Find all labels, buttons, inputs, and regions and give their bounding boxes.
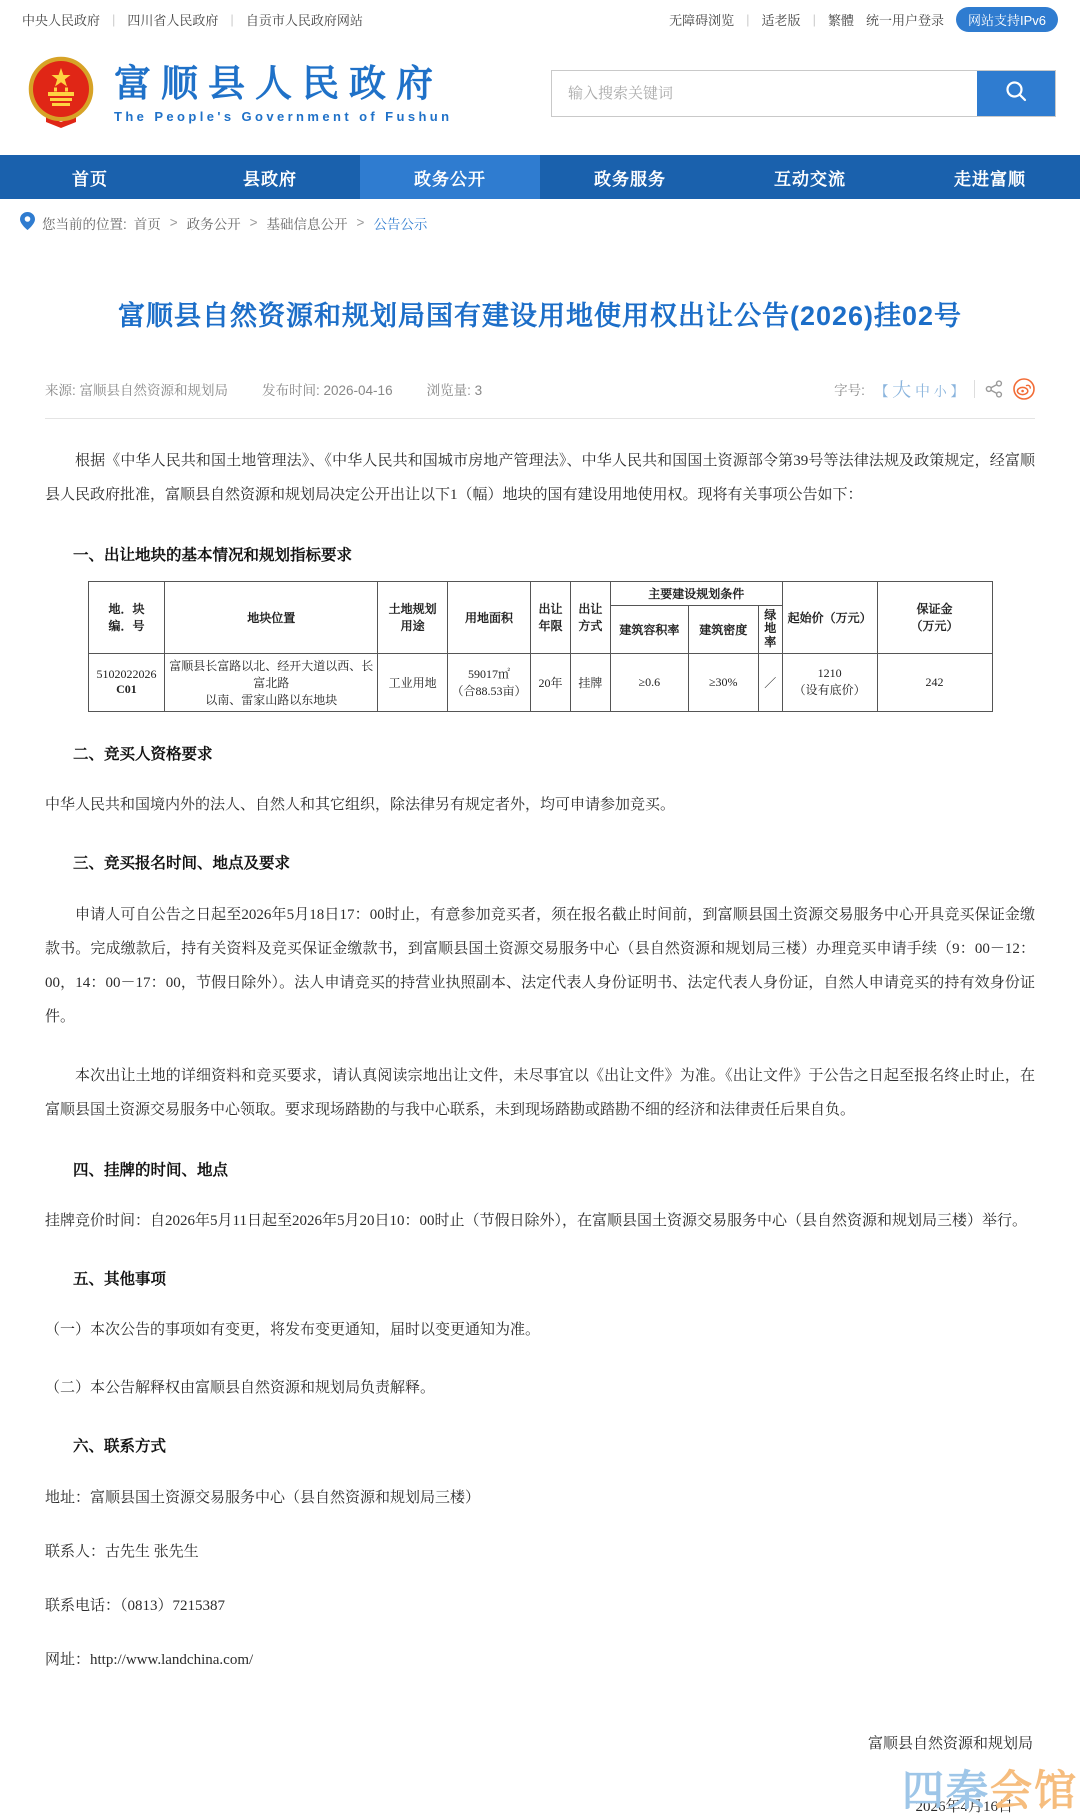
cell-green-ratio: ／: [758, 653, 782, 711]
site-header: 富顺县人民政府 The People's Government of Fushu…: [0, 38, 1080, 155]
site-logo[interactable]: 富顺县人民政府 The People's Government of Fushu…: [24, 54, 452, 133]
cell-plot-location: 富顺县长富路以北、经开大道以西、长富北路以南、雷家山路以东地块: [165, 653, 378, 711]
contact-person: 联系人：古先生 张先生: [45, 1540, 1035, 1564]
cell-land-use: 工业用地: [378, 653, 448, 711]
breadcrumb-separator: >: [250, 215, 258, 230]
breadcrumb-disclosure[interactable]: 政务公开: [187, 213, 241, 233]
link-central-government[interactable]: 中央人民政府: [22, 10, 100, 29]
breadcrumb-separator: >: [170, 215, 178, 230]
breadcrumb-separator: >: [357, 215, 365, 230]
th-deposit: 保证金（万元）: [877, 581, 992, 653]
cell-transfer-method: 挂牌: [570, 653, 610, 711]
location-pin-icon: [20, 212, 35, 233]
section4-paragraph: 挂牌竞价时间：自2026年5月11日起至2026年5月20日10：00时止（节假…: [45, 1206, 1035, 1238]
meta-view-count: 浏览量: 3: [427, 379, 483, 399]
topbar-left-links: 中央人民政府 | 四川省人民政府 | 自贡市人民政府网站: [22, 10, 363, 29]
intro-paragraph: 根据《中华人民共和国土地管理法》、《中华人民共和国城市房地产管理法》、中华人民共…: [45, 445, 1035, 513]
article-meta: 来源: 富顺县自然资源和规划局 发布时间: 2026-04-16 浏览量: 3 …: [45, 375, 1035, 419]
font-size-large-button[interactable]: 大: [892, 380, 911, 401]
link-accessibility[interactable]: 无障碍浏览: [669, 10, 734, 29]
signature-agency: 富顺县自然资源和规划局: [45, 1732, 1033, 1753]
nav-about-fushun[interactable]: 走进富顺: [900, 155, 1080, 199]
topbar-right-links: 无障碍浏览 | 适老版 | 繁體 统一用户登录 网站支持IPv6: [669, 7, 1058, 32]
link-sichuan-government[interactable]: 四川省人民政府: [127, 10, 218, 29]
search-icon: [1003, 79, 1029, 108]
font-size-small-button[interactable]: 小: [934, 384, 947, 399]
cell-land-area: 59017㎡（合88.53亩）: [448, 653, 531, 711]
divider: |: [230, 12, 233, 27]
section2-paragraph: 中华人民共和国境内外的法人、自然人和其它组织，除法律另有规定者外，均可申请参加竞…: [45, 790, 1035, 822]
th-transfer-method: 出让方式: [570, 581, 610, 653]
signature-block: 富顺县自然资源和规划局 2026年4月16日: [45, 1732, 1035, 1816]
cell-building-density: ≥30%: [688, 653, 758, 711]
top-utility-bar: 中央人民政府 | 四川省人民政府 | 自贡市人民政府网站 无障碍浏览 | 适老版…: [0, 0, 1080, 38]
section5-heading: 五、其他事项: [73, 1267, 1035, 1289]
th-plot-number: 地．块编．号: [88, 581, 165, 653]
meta-publish-date: 发布时间: 2026-04-16: [262, 379, 393, 399]
section1-heading: 一、出让地块的基本情况和规划指标要求: [73, 543, 1035, 565]
th-starting-price: 起始价（万元）: [782, 581, 877, 653]
th-plot-location: 地块位置: [165, 581, 378, 653]
contact-address: 地址：富顺县国土资源交易服务中心（县自然资源和规划局三楼）: [45, 1486, 1035, 1510]
meta-divider: [974, 380, 975, 398]
th-floor-area-ratio: 建筑容积率: [610, 605, 688, 653]
site-name-block: 富顺县人民政府 The People's Government of Fushu…: [114, 63, 452, 125]
article: 富顺县自然资源和规划局国有建设用地使用权出让公告(2026)挂02号 来源: 富…: [45, 294, 1035, 1816]
link-zigong-government[interactable]: 自贡市人民政府网站: [246, 10, 363, 29]
section3-paragraph-1: 申请人可自公告之日起至2026年5月18日17：00时止，有意参加竞买者，须在报…: [45, 899, 1035, 1034]
site-name-english: The People's Government of Fushun: [114, 109, 452, 124]
cell-plot-number: 5102022026C01: [88, 653, 165, 711]
cell-deposit: 242: [877, 653, 992, 711]
nav-government-affairs-disclosure[interactable]: 政务公开: [360, 155, 540, 199]
bracket-open: 【: [875, 384, 889, 399]
bracket-close: 】: [951, 384, 965, 399]
contact-website: 网址：http://www.landchina.com/: [45, 1648, 1035, 1672]
section2-heading: 二、竞买人资格要求: [73, 742, 1035, 764]
breadcrumb-home[interactable]: 首页: [134, 213, 161, 233]
cell-transfer-term: 20年: [530, 653, 570, 711]
link-elderly-version[interactable]: 适老版: [762, 10, 801, 29]
site-name: 富顺县人民政府: [114, 63, 452, 106]
section5-paragraph-1: （一）本次公告的事项如有变更，将发布变更通知，届时以变更通知为准。: [45, 1315, 1035, 1347]
section4-heading: 四、挂牌的时间、地点: [73, 1158, 1035, 1180]
divider: |: [813, 12, 816, 27]
nav-county-government[interactable]: 县政府: [180, 155, 360, 199]
search-button[interactable]: [977, 71, 1055, 116]
breadcrumb-basic-info[interactable]: 基础信息公开: [267, 213, 348, 233]
cell-starting-price: 1210（设有底价）: [782, 653, 877, 711]
section6-heading: 六、联系方式: [73, 1434, 1035, 1456]
th-transfer-term: 出让年限: [530, 581, 570, 653]
share-icon[interactable]: [985, 380, 1003, 398]
section3-heading: 三、竞买报名时间、地点及要求: [73, 851, 1035, 873]
th-land-use: 土地规划用途: [378, 581, 448, 653]
table-header-row-1: 地．块编．号 地块位置 土地规划用途 用地面积 出让年限 出让方式 主要建设规划…: [88, 581, 992, 605]
cell-floor-area-ratio: ≥0.6: [610, 653, 688, 711]
th-building-density: 建筑密度: [688, 605, 758, 653]
th-green-ratio: 绿地率: [758, 605, 782, 653]
nav-home[interactable]: 首页: [0, 155, 180, 199]
land-parcel-table: 地．块编．号 地块位置 土地规划用途 用地面积 出让年限 出让方式 主要建设规划…: [88, 581, 993, 712]
font-size-label: 字号:: [834, 379, 865, 399]
signature-date: 2026年4月16日: [45, 1795, 1013, 1816]
th-planning-conditions-group: 主要建设规划条件: [610, 581, 782, 605]
meta-source: 来源: 富顺县自然资源和规划局: [45, 379, 228, 399]
search-input[interactable]: [552, 71, 977, 116]
divider: |: [746, 12, 749, 27]
th-land-area: 用地面积: [448, 581, 531, 653]
nav-interaction[interactable]: 互动交流: [720, 155, 900, 199]
font-size-medium-button[interactable]: 中: [915, 383, 930, 400]
site-search: [551, 70, 1056, 117]
document-body: 根据《中华人民共和国土地管理法》、《中华人民共和国城市房地产管理法》、中华人民共…: [45, 445, 1035, 1816]
contact-phone: 联系电话：（0813）7215387: [45, 1594, 1035, 1618]
national-emblem-icon: [24, 54, 98, 133]
link-unified-login[interactable]: 统一用户登录: [866, 10, 944, 29]
page-title: 富顺县自然资源和规划局国有建设用地使用权出让公告(2026)挂02号: [45, 294, 1035, 333]
main-nav: 首页 县政府 政务公开 政务服务 互动交流 走进富顺: [0, 155, 1080, 199]
nav-government-services[interactable]: 政务服务: [540, 155, 720, 199]
link-traditional-chinese[interactable]: 繁體: [828, 10, 854, 29]
breadcrumb-announcements[interactable]: 公告公示: [373, 213, 427, 233]
breadcrumb: 您当前的位置: 首页 > 政务公开 > 基础信息公开 > 公告公示: [0, 199, 1080, 246]
breadcrumb-prefix: 您当前的位置:: [42, 213, 127, 233]
weibo-icon[interactable]: [1013, 378, 1035, 400]
divider: |: [112, 12, 115, 27]
section3-paragraph-2: 本次出让土地的详细资料和竞买要求，请认真阅读宗地出让文件，未尽事宜以《出让文件》…: [45, 1060, 1035, 1128]
ipv6-badge[interactable]: 网站支持IPv6: [956, 7, 1058, 32]
table-data-row: 5102022026C01 富顺县长富路以北、经开大道以西、长富北路以南、雷家山…: [88, 653, 992, 711]
section5-paragraph-2: （二）本公告解释权由富顺县自然资源和规划局负责解释。: [45, 1373, 1035, 1405]
